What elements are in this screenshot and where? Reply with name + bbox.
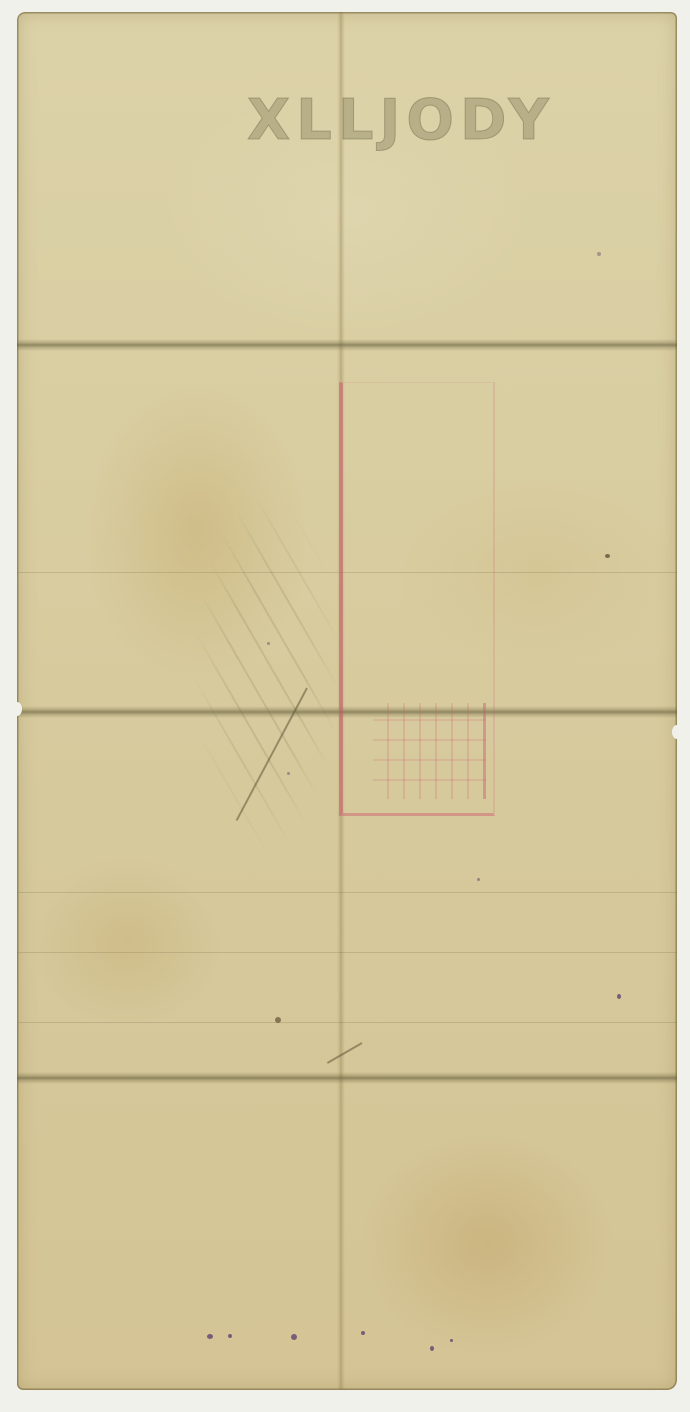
diagonal-hatch-pattern [157, 412, 337, 852]
paper-sheet: XLLJODY [17, 12, 677, 1390]
stamp-inner-frame [373, 703, 486, 799]
faint-ruled-line [17, 1022, 677, 1023]
edge-notch [672, 725, 682, 739]
horizontal-fold-line-1 [17, 339, 677, 351]
ink-dot [291, 1334, 297, 1340]
red-seal-stamp [339, 382, 495, 816]
stain-dot [605, 554, 610, 558]
ink-dot [430, 1346, 434, 1351]
ink-dot [617, 994, 621, 999]
horizontal-fold-line-3 [17, 1072, 677, 1084]
ink-dot [477, 878, 480, 881]
ink-dot [228, 1334, 232, 1338]
ink-dot [450, 1339, 453, 1342]
stain-dot [275, 1017, 281, 1023]
ink-dot [287, 772, 290, 775]
ink-dot [597, 252, 601, 256]
mirrored-header-text: XLLJODY [247, 86, 627, 156]
edge-notch [12, 702, 22, 716]
ink-dot [207, 1334, 213, 1339]
faint-ruled-line [17, 952, 677, 953]
faint-ruled-line [17, 892, 677, 893]
ink-dot [267, 642, 270, 645]
ink-dot [361, 1331, 365, 1335]
